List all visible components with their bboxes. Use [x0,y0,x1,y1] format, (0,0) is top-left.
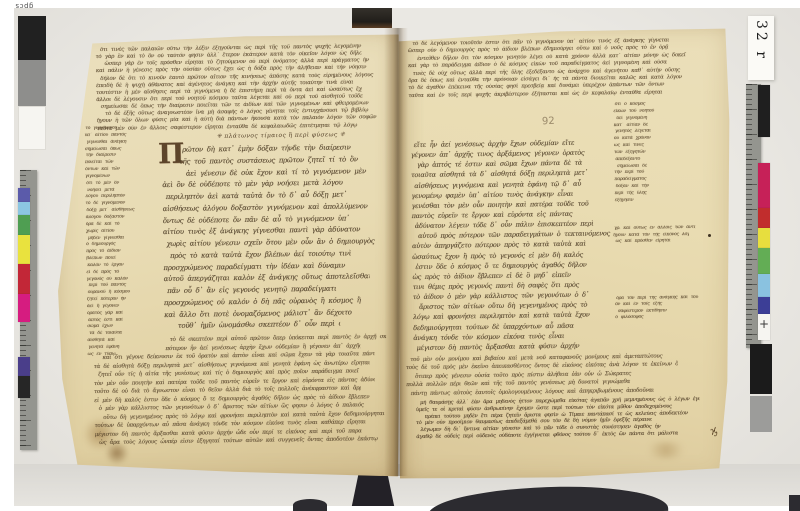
color-patch [758,297,770,314]
facsimile-stage: gpcs 32 r + ὅτι τινὲς τῶν παλαιῶν οὕτω τ… [0,0,800,511]
color-patch [758,228,770,248]
color-patch [18,264,30,294]
book-cradle-shadow [293,499,327,511]
text-line: μέγιστον δὴ παντὸς ἄρξασθαι κατὰ φύσιν ἀ… [416,340,610,353]
registration-cross-icon: + [759,317,769,331]
marginal-note-mid-right: γρ. καὶ οὕτως ἐν ἄλλοις τῶν ἀντιγράφων ε… [613,225,696,247]
scholia-block-top-right: τὸ δὲ λεγόμενον τοιοῦτόν ἐστιν ὅτι πᾶν τ… [408,37,717,101]
marginal-line: ὡς καὶ πρόσθεν εἴρηται [616,238,693,246]
color-patch [18,202,30,215]
page-number: 92 [542,116,555,128]
marginal-line: ἐξήγησιν [615,197,697,205]
left-color-separation-guide [18,0,30,511]
ink-speck [708,234,711,237]
color-patch [18,294,30,322]
scholia-block-top-left: ὅτι τινὲς τῶν παλαιῶν οὕτω τὴν λέξιν ἐξη… [95,43,388,134]
color-patch [18,188,30,202]
scholia-block-bottom-left: τὸ δὲ σκεπτέον περὶ αὐτοῦ πρῶτον ὅπερ ὑπ… [93,333,388,448]
marginal-note-lower-right: ὅρα τὸν περὶ τῆς ἀνάγκης καὶ τοῦ νοῦ λόγ… [615,295,700,322]
scholia-block-bottom-right-2: μὴ θαυμάσῃς ἀλλ᾽ ἐὰν ἄρα μηδενὸς ἧττον π… [416,396,701,441]
manuscript-right-page: τὸ δὲ λεγόμενον τοιοῦτόν ἐστιν ὅτι πᾶν τ… [396,24,730,482]
main-text-right: εἴτε ἦν ἀεί γενέσεως ἀρχὴν ἔχων οὐδεμίαν… [411,137,619,354]
marginal-line: ὁ φιλόσοφος [615,314,700,321]
manuscript-left-page: ὅτι τινὲς τῶν παλαιῶν οὕτω τὴν λέξιν ἐξη… [56,30,402,480]
scholia-block-bottom-right-1: τοῦ μὲν οὖν μονίμου καὶ βεβαίου καὶ μετὰ… [406,352,706,399]
parchment-stain [644,442,688,458]
grayscale-patch [750,344,772,394]
binding-strip-top [352,8,392,28]
catchword-mark: ϗ [707,423,719,438]
main-text-left: ρῶτον δὴ κατ᾽ ἐμὴν δόξαν τήνδε τὴν διαίρ… [162,142,391,335]
marginal-column-right: ὅτι ὁ κόσμοςεἰκὼν τοῦ νοητοῦἀεὶ γιγνομέν… [613,101,699,206]
color-patch [18,235,30,264]
right-grayscale-card [750,344,772,432]
chapter-heading: ⁜ πλάτωνος τίμαιος ἢ περὶ φύσεως ⁜ [191,131,371,144]
color-patch [758,163,770,208]
color-patch [18,357,30,376]
color-patch [18,376,30,398]
grayscale-patch [750,396,772,432]
marginal-column-left: τὸ γιγνόμενονὑπ᾽ αἰτίου παντὸςγίγνεσθαι … [84,125,151,361]
color-patch [758,248,770,274]
book-cradle-shadow [789,495,800,511]
right-color-separation-guide [758,0,770,511]
text-line: τοῦθ᾽ ἡμῖν ὠνομάσθω σκεπτέον δ᾽ οὖν περὶ… [178,319,341,333]
color-patch [758,208,770,228]
color-patch [18,215,30,235]
color-patch [758,274,770,297]
color-patch [758,85,770,137]
